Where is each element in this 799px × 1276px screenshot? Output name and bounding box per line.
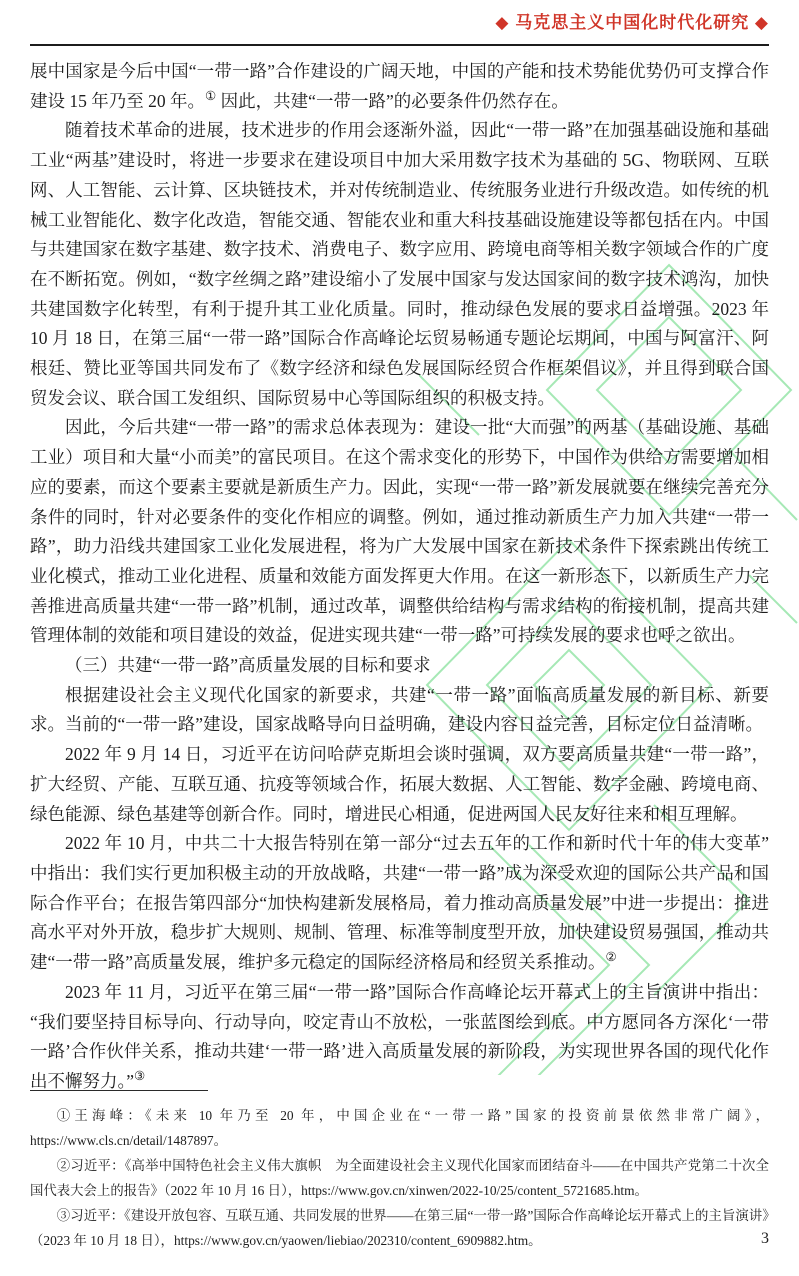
footnote-block: ①王海峰：《未来 10 年乃至 20 年，中国企业在“一带一路”国家的投资前景依… — [30, 1090, 769, 1253]
body-paragraph: 因此，今后共建“一带一路”的需求总体表现为：建设一批“大而强”的两基（基础设施、… — [30, 413, 769, 651]
footnote-ref: ③ — [134, 1069, 145, 1083]
header-rule — [30, 44, 769, 46]
footnote-item: ②习近平：《高举中国特色社会主义伟大旗帜 为全面建设社会主义现代化国家而团结奋斗… — [30, 1153, 769, 1203]
footnote-item: ③习近平：《建设开放包容、互联互通、共同发展的世界——在第三届“一带一路”国际合… — [30, 1203, 769, 1253]
journal-section-title: ◆ 马克思主义中国化时代化研究 ◆ — [0, 0, 799, 35]
journal-page: ◆ 马克思主义中国化时代化研究 ◆ 展中国家是今后中国“一带一路”合作建设的广阔… — [0, 0, 799, 1276]
footnote-item: ①王海峰：《未来 10 年乃至 20 年，中国企业在“一带一路”国家的投资前景依… — [30, 1103, 769, 1153]
section-heading: （三）共建“一带一路”高质量发展的目标和要求 — [30, 651, 769, 681]
body-paragraph: 展中国家是今后中国“一带一路”合作建设的广阔天地，中国的产能和技术势能优势仍可支… — [30, 57, 769, 116]
footnote-list: ①王海峰：《未来 10 年乃至 20 年，中国企业在“一带一路”国家的投资前景依… — [30, 1103, 769, 1253]
body-paragraph: 2022 年 10 月，中共二十大报告特别在第一部分“过去五年的工作和新时代十年… — [30, 829, 769, 978]
article-body: 展中国家是今后中国“一带一路”合作建设的广阔天地，中国的产能和技术势能优势仍可支… — [30, 57, 769, 1089]
page-number: 3 — [761, 1230, 769, 1248]
footnote-separator — [30, 1090, 208, 1091]
body-paragraph: 2023 年 11 月，习近平在第三届“一带一路”国际合作高峰论坛开幕式上的主旨… — [30, 978, 769, 1089]
footnote-ref: ① — [205, 89, 216, 103]
body-paragraph: 随着技术革命的进展，技术进步的作用会逐渐外溢，因此“一带一路”在加强基础设施和基… — [30, 116, 769, 413]
body-paragraph: 根据建设社会主义现代化国家的新要求，共建“一带一路”面临高质量发展的新目标、新要… — [30, 681, 769, 740]
footnote-ref: ② — [606, 950, 617, 964]
body-paragraph: 2022 年 9 月 14 日，习近平在访问哈萨克斯坦会谈时强调，双方要高质量共… — [30, 740, 769, 829]
